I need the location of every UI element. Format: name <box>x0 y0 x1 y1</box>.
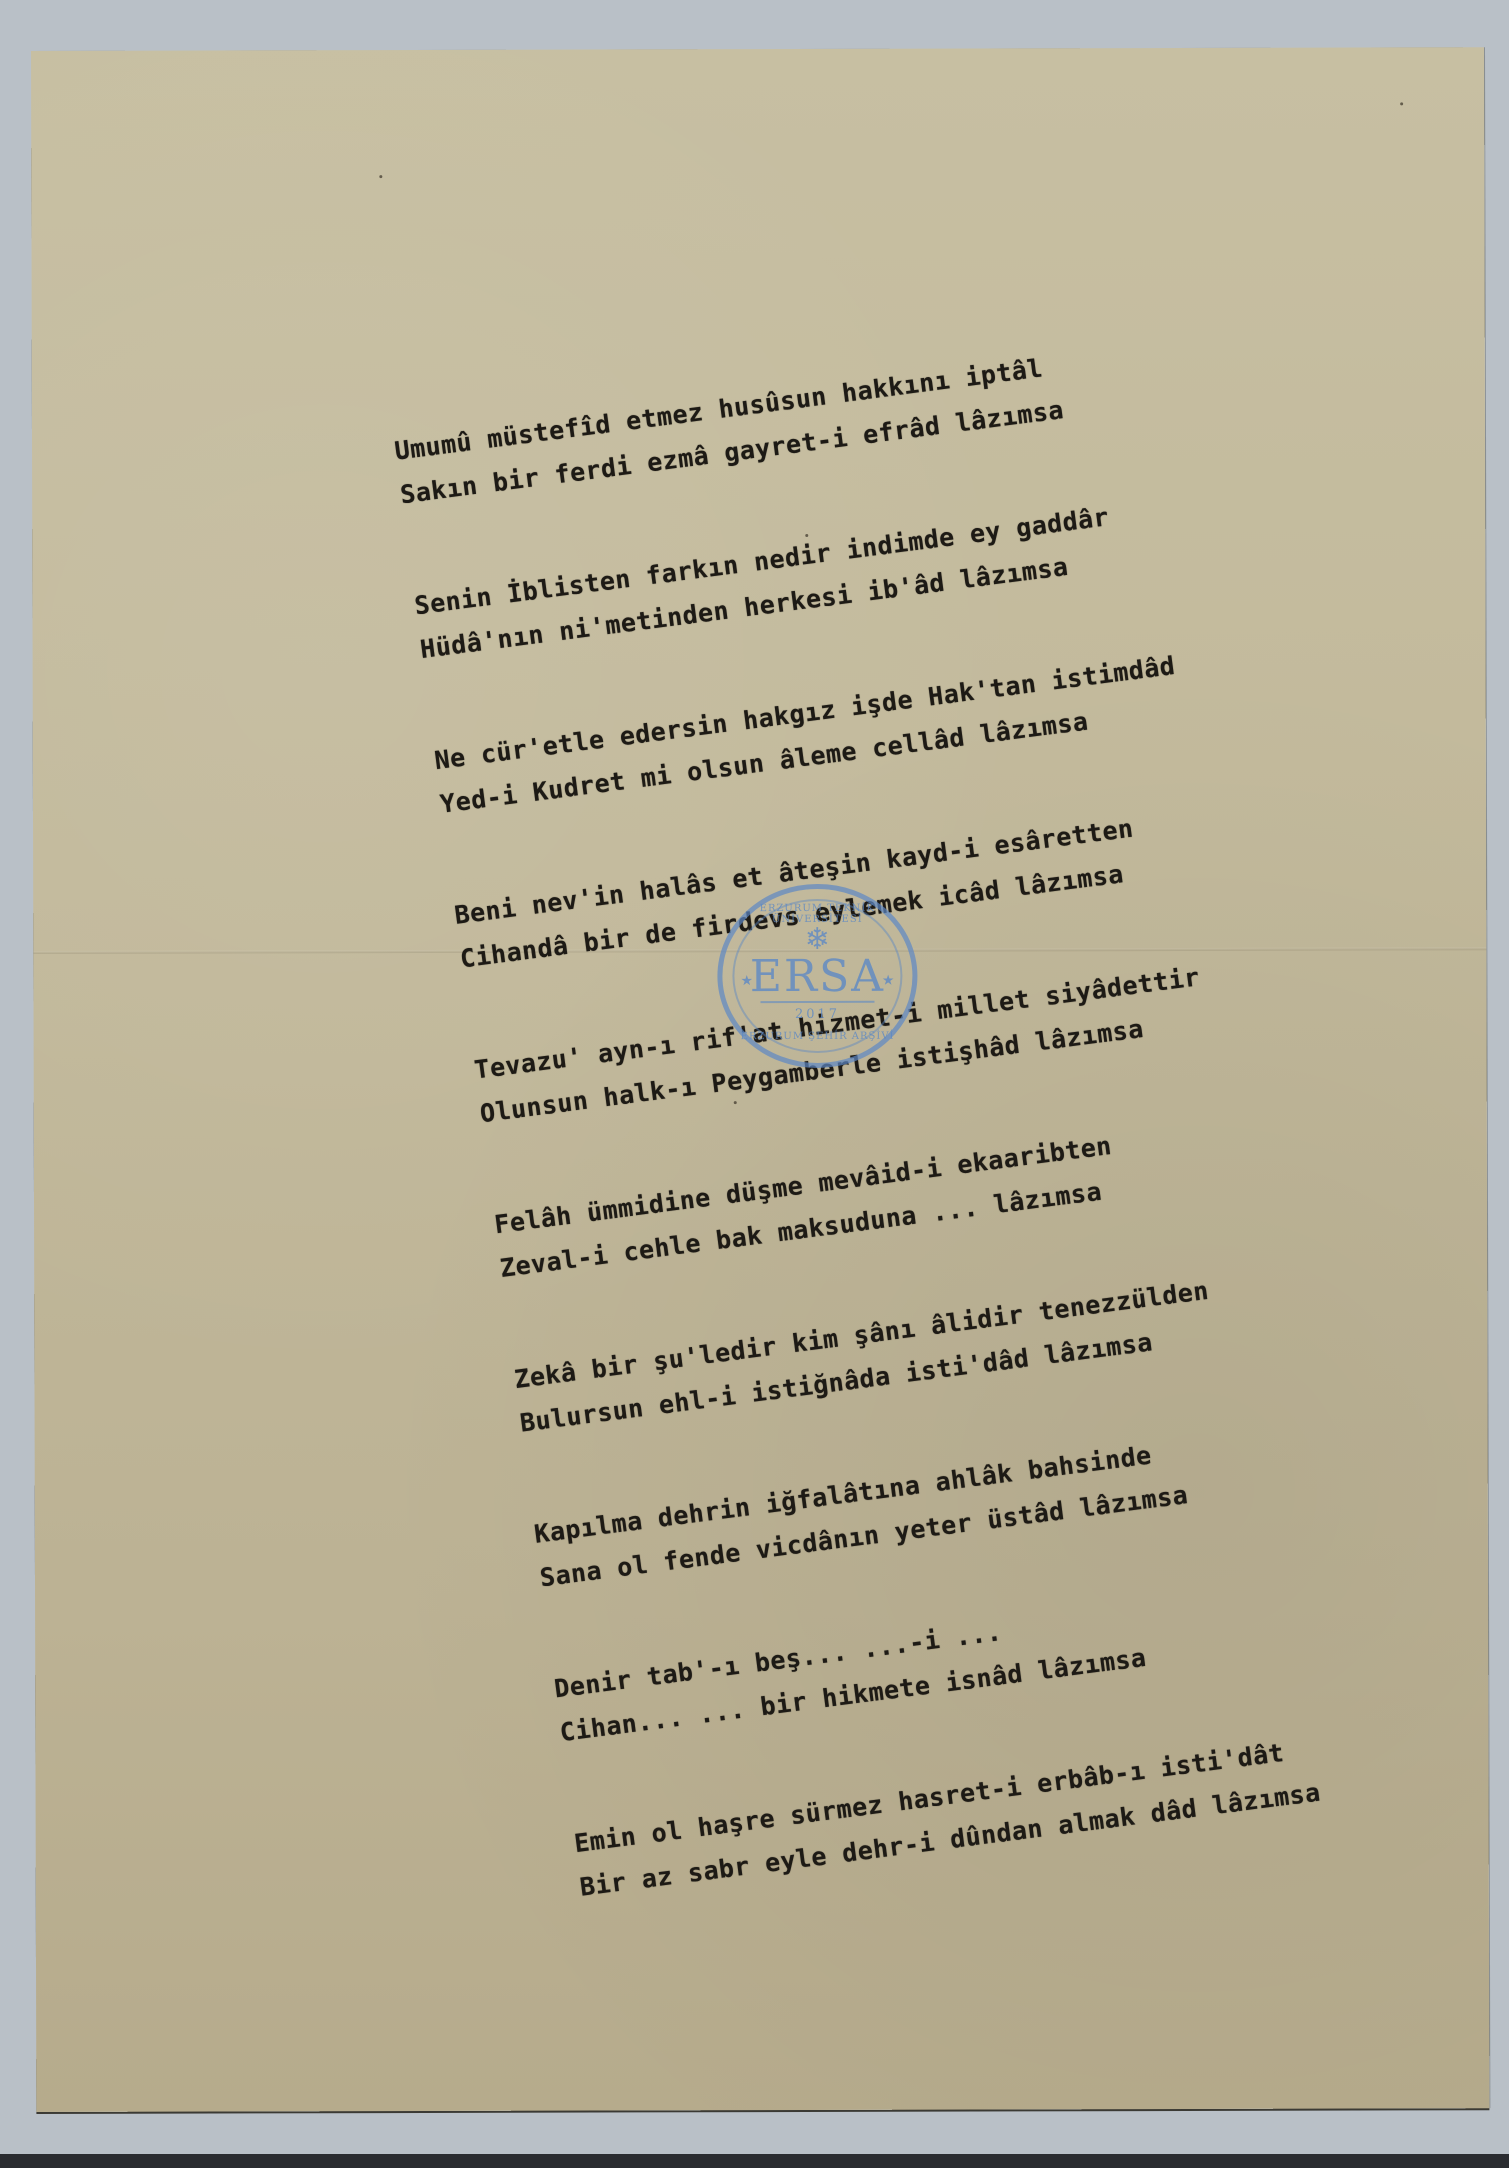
typed-document-page: Umumû müstefîd etmez husûsun hakkını ipt… <box>31 47 1489 2112</box>
poem-body: Umumû müstefîd etmez husûsun hakkını ipt… <box>392 302 1509 1977</box>
paper-speck <box>379 175 382 178</box>
stamp-divider <box>760 1001 874 1003</box>
star-icon: ★ <box>882 973 895 989</box>
stamp-archive-name: ERZURUM ŞEHİR ARŞİVİ <box>723 1031 913 1042</box>
paper-speck <box>1400 102 1403 105</box>
stamp-year: 2017 <box>723 1007 913 1022</box>
archive-stamp: ERZURUM TEKNİK ÜNİVERSİTESİ ❄ ★ ERSA ★ 2… <box>717 884 917 1069</box>
scanner-bed-edge <box>0 2154 1509 2168</box>
